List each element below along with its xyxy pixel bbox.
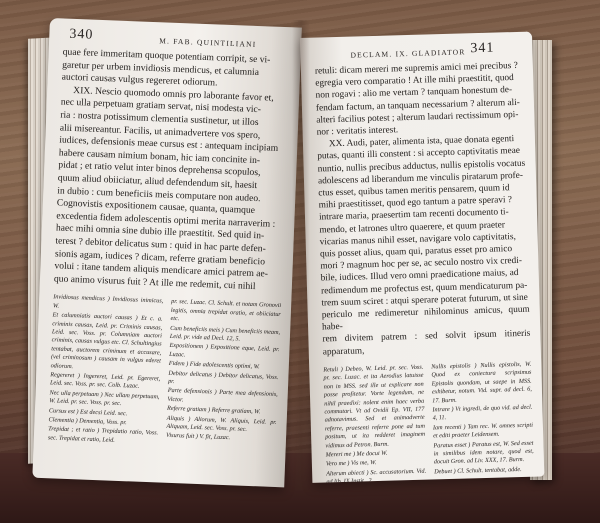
footnote: Intrare ) Vt ingredi, de quo vid. ad dec… — [432, 404, 532, 424]
right-page-footnotes: Retuli ) Debeo, W. Leid. pr. sec. Voss. … — [309, 352, 544, 483]
book-gutter — [292, 20, 310, 490]
running-head: DECLAM. IX. GLADIATOR — [350, 47, 465, 59]
left-page-footnotes: Invidiosus mendicus ) Invidiosus inimicu… — [34, 285, 292, 452]
footnote: Nullis epistolis ) Nullis epistolis, W. … — [431, 361, 532, 406]
footnote: Debuet ) Cl. Schult. tentabat, adde. — [434, 465, 534, 476]
footnote: Paratus esset ) Paratus est, W. Sed esse… — [433, 439, 534, 467]
page-number: 341 — [470, 41, 494, 58]
footnote: Retuli ) Debeo, W. Leid. pr. sec. Voss. … — [323, 364, 425, 451]
left-body-text: quae fere immeritam quoque potentiam cor… — [40, 46, 301, 295]
running-head: M. FAB. QUINTILIANI — [159, 36, 257, 49]
footnote-column-left: Invidiosus mendicus ) Invidiosus inimicu… — [48, 294, 164, 448]
footnote: Iam recenti ) Tam rec. W. omnes scripti … — [433, 421, 533, 441]
footnote-column-left: Retuli ) Debeo, W. Leid. pr. sec. Voss. … — [323, 364, 427, 483]
page-number: 340 — [69, 27, 94, 44]
footnote: Et calumniatis auctori causas ) Et c. a.… — [50, 311, 162, 374]
right-page: DECLAM. IX. GLADIATOR 341 retuli: dicam … — [300, 32, 544, 483]
footnote-column-right: Nullis epistolis ) Nullis epistolis, W. … — [431, 361, 535, 483]
left-page: 340 M. FAB. QUINTILIANI quae fere immeri… — [32, 18, 301, 487]
right-body-text: retuli: dicam mereri me supremis amici m… — [301, 60, 541, 359]
footnote: Trepidat ; et ratio ) Trepidatio ratio, … — [48, 426, 159, 447]
